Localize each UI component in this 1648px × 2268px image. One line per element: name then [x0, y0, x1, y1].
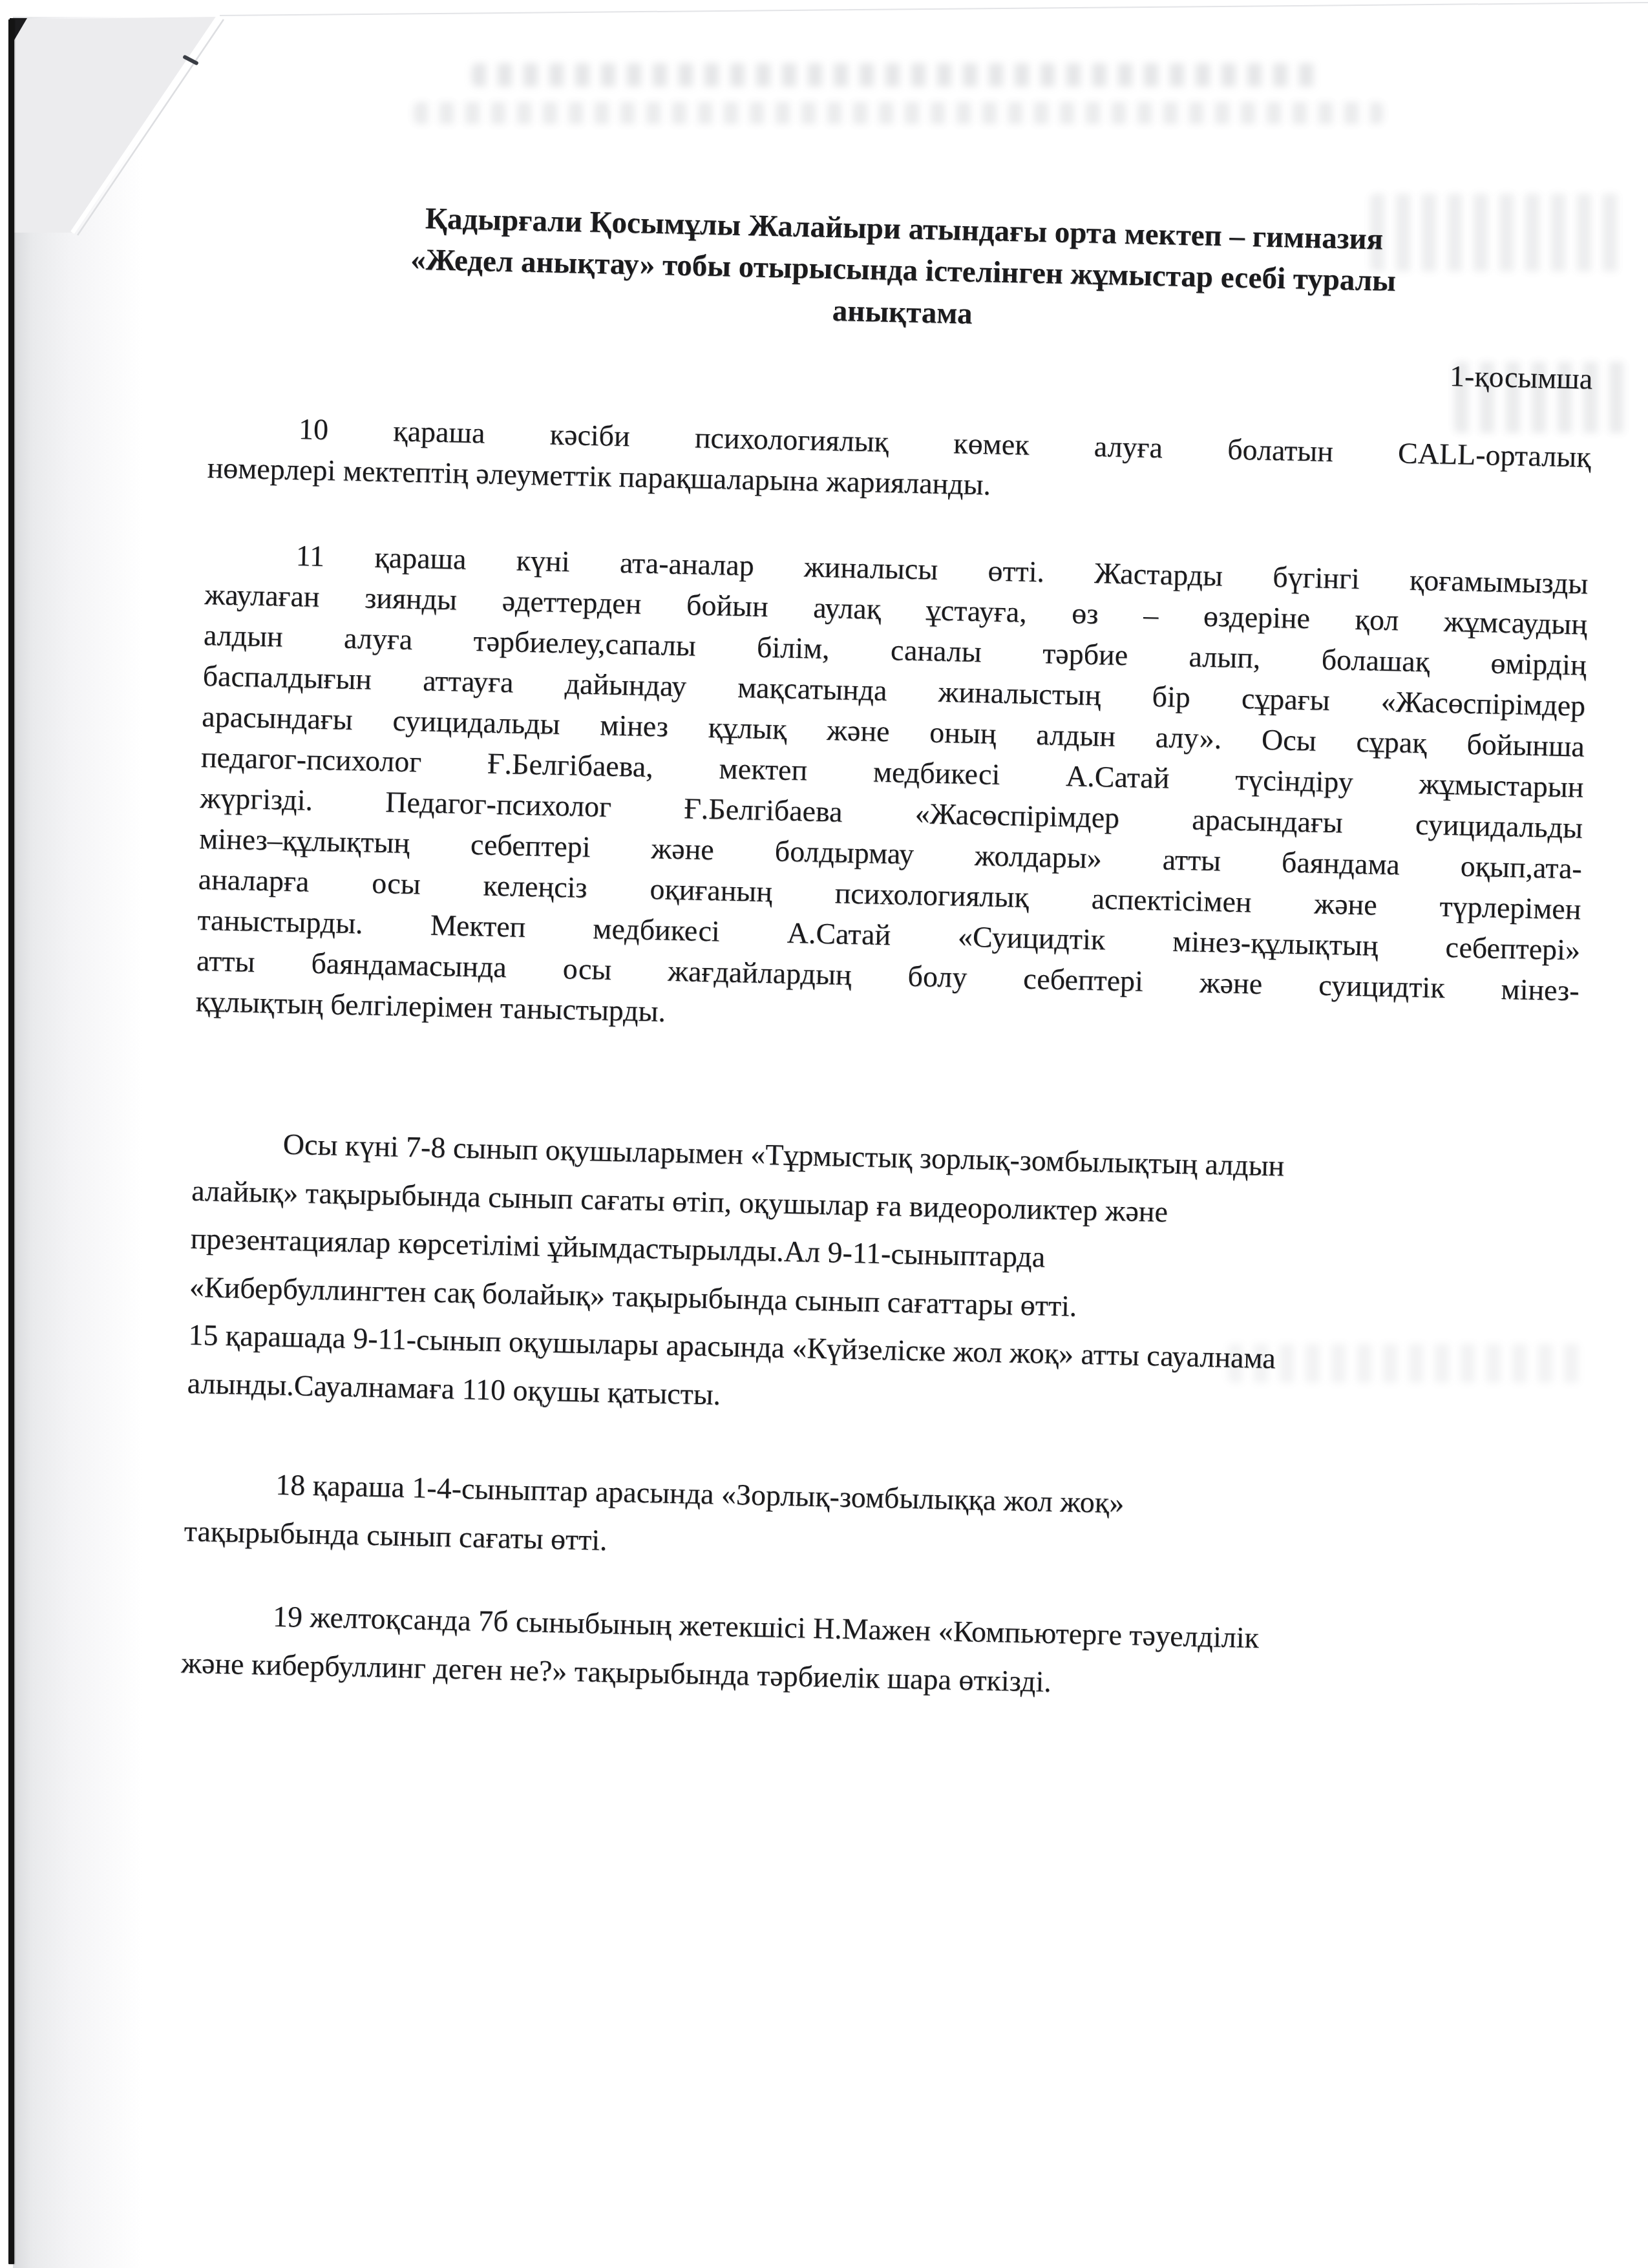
- paragraph-p3: Осы күні 7-8 сынып оқушыларымен «Тұрмыст…: [187, 1118, 1576, 1438]
- ink-speck: [182, 54, 199, 66]
- document-content: Қадырғали Қосымұлы Жалайыри атындағы орт…: [181, 193, 1596, 1717]
- scanned-page: Қадырғали Қосымұлы Жалайыри атындағы орт…: [0, 0, 1648, 2268]
- paragraph-p1: 10 қараша кәсіби психологиялық көмек алу…: [207, 406, 1591, 518]
- paragraph-p4: 18 қараша 1-4-сыныптар арасында «Зорлық-…: [184, 1459, 1569, 1586]
- paragraph-p5: 19 желтоқсанда 7б сыныбының жетекшісі Н.…: [181, 1591, 1566, 1717]
- paper-edge-shading: [13, 17, 142, 2268]
- paper-top-edge: [220, 3, 1648, 16]
- document-body: 10 қараша кәсіби психологиялық көмек алу…: [181, 406, 1592, 1717]
- paragraph-p2: 11 қараша күні ата-аналар жиналысы өтті.…: [195, 533, 1589, 1052]
- scanner-edge-strip: [8, 19, 14, 2264]
- bleed-through-ghost: [472, 63, 1325, 87]
- bleed-through-ghost: [414, 102, 1383, 124]
